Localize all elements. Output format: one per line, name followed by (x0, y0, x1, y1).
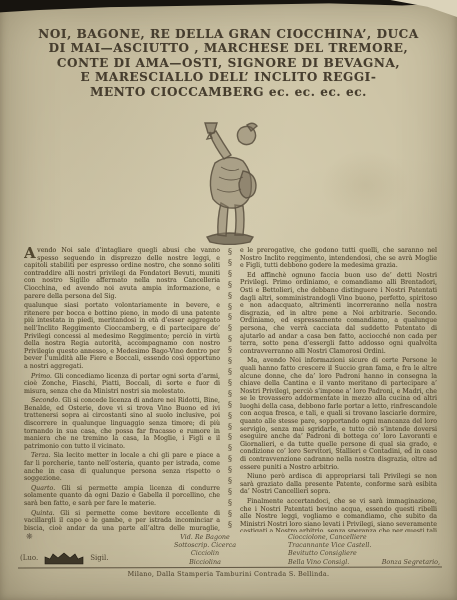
paragraph: Secondo. Gli si concede licenza di andar… (24, 397, 220, 450)
left-column: Avendo Noi sale d’intagliare quegli abus… (24, 247, 220, 532)
paragraph: Terza. Sia lecito metter in locale a chi… (24, 452, 220, 482)
paragraph: Finalmente accertandoci, che se vi sarà … (240, 498, 437, 532)
paragraph: qualunque siasi portato volontariamente … (24, 302, 220, 370)
title-line: E MARESCIALLO DELL’ INCLITO REGGI- (10, 70, 447, 84)
section-sign-divider: § § § § § § § § § § § § § § § § § § § § … (224, 247, 236, 532)
signature-line: Tracannante Vice Castell. (288, 541, 440, 549)
signature-line: Bicciolina (138, 558, 272, 566)
signatures-right: Ciocciolone, Cancelliere Tracannante Vic… (288, 533, 440, 566)
broadside-scan: NOI, BAGONE, RE DELLA GRAN CIOCCHINA’, D… (0, 0, 457, 600)
paragraph: Primo. Gli concediamo licenza di portar … (24, 373, 220, 396)
paragraph: Ed affinchè ognuno faccia buon uso de’ d… (240, 272, 437, 356)
signature-line: Sottoscrip. Cicerca (138, 541, 272, 549)
signature-line: Bevitutto Consigliere (288, 549, 440, 557)
seal-row: (Luo. Sigil. (20, 552, 108, 565)
paragraph: Ma, avendo Noi informazioni sicure di ce… (240, 357, 437, 471)
proclamation-title: NOI, BAGONE, RE DELLA GRAN CIOCCHINA’, D… (10, 27, 447, 99)
title-line: MENTO CIOCCAMBERG ec. ec. ec. ec. (10, 85, 447, 99)
signatures-left: Vid. Re Bagone Sottoscrip. Cicerca Cicci… (138, 533, 272, 566)
paragraph: Quinta. Gli si permette come bevitore ec… (24, 510, 220, 532)
drop-cap: A (24, 247, 37, 260)
seal-left-label: (Luo. (20, 554, 38, 562)
title-line: CONTE DI AMA—OSTI, SIGNORE DI BEVAGNA, (10, 56, 447, 70)
woodcut-illustration (0, 111, 457, 245)
crown-stamp-icon (43, 552, 85, 565)
signature-line: Bella Vino Consigl. Bonza Segretario, (288, 558, 440, 566)
bacchic-figure-icon (177, 111, 281, 245)
body-text-columns: Avendo Noi sale d’intagliare quegli abus… (24, 247, 437, 532)
signature-line: Vid. Re Bagone (138, 533, 272, 541)
right-column: e le prerogative, che godono tutti quell… (240, 247, 437, 532)
paragraph: Quarto. Gli si permette ampia licenza di… (24, 485, 220, 508)
rosette-ornament-icon: ❋ (26, 533, 33, 541)
signature-block: ❋ Vid. Re Bagone Sottoscrip. Cicerca Cic… (0, 531, 457, 568)
title-line: NOI, BAGONE, RE DELLA GRAN CIOCCHINA’, D… (10, 27, 447, 41)
title-line: DI MAI—ASCIUTTO , MARCHESE DEL TREMORE, (10, 41, 447, 55)
signature-line: Cicciolin (138, 549, 272, 557)
signature-line: Ciocciolone, Cancelliere (288, 533, 440, 541)
secretary-signature: Bonza Segretario, (382, 558, 440, 566)
paragraph: Niuno però ardisca di appropriarsi tali … (240, 473, 437, 496)
seal-right-label: Sigil. (90, 554, 108, 562)
paragraph: e le prerogative, che godono tutti quell… (240, 247, 437, 270)
paragraph: Avendo Noi sale d’intagliare quegli abus… (24, 247, 220, 300)
printer-imprint: Milano, Dalla Stamperia Tamburini Contra… (0, 570, 457, 578)
